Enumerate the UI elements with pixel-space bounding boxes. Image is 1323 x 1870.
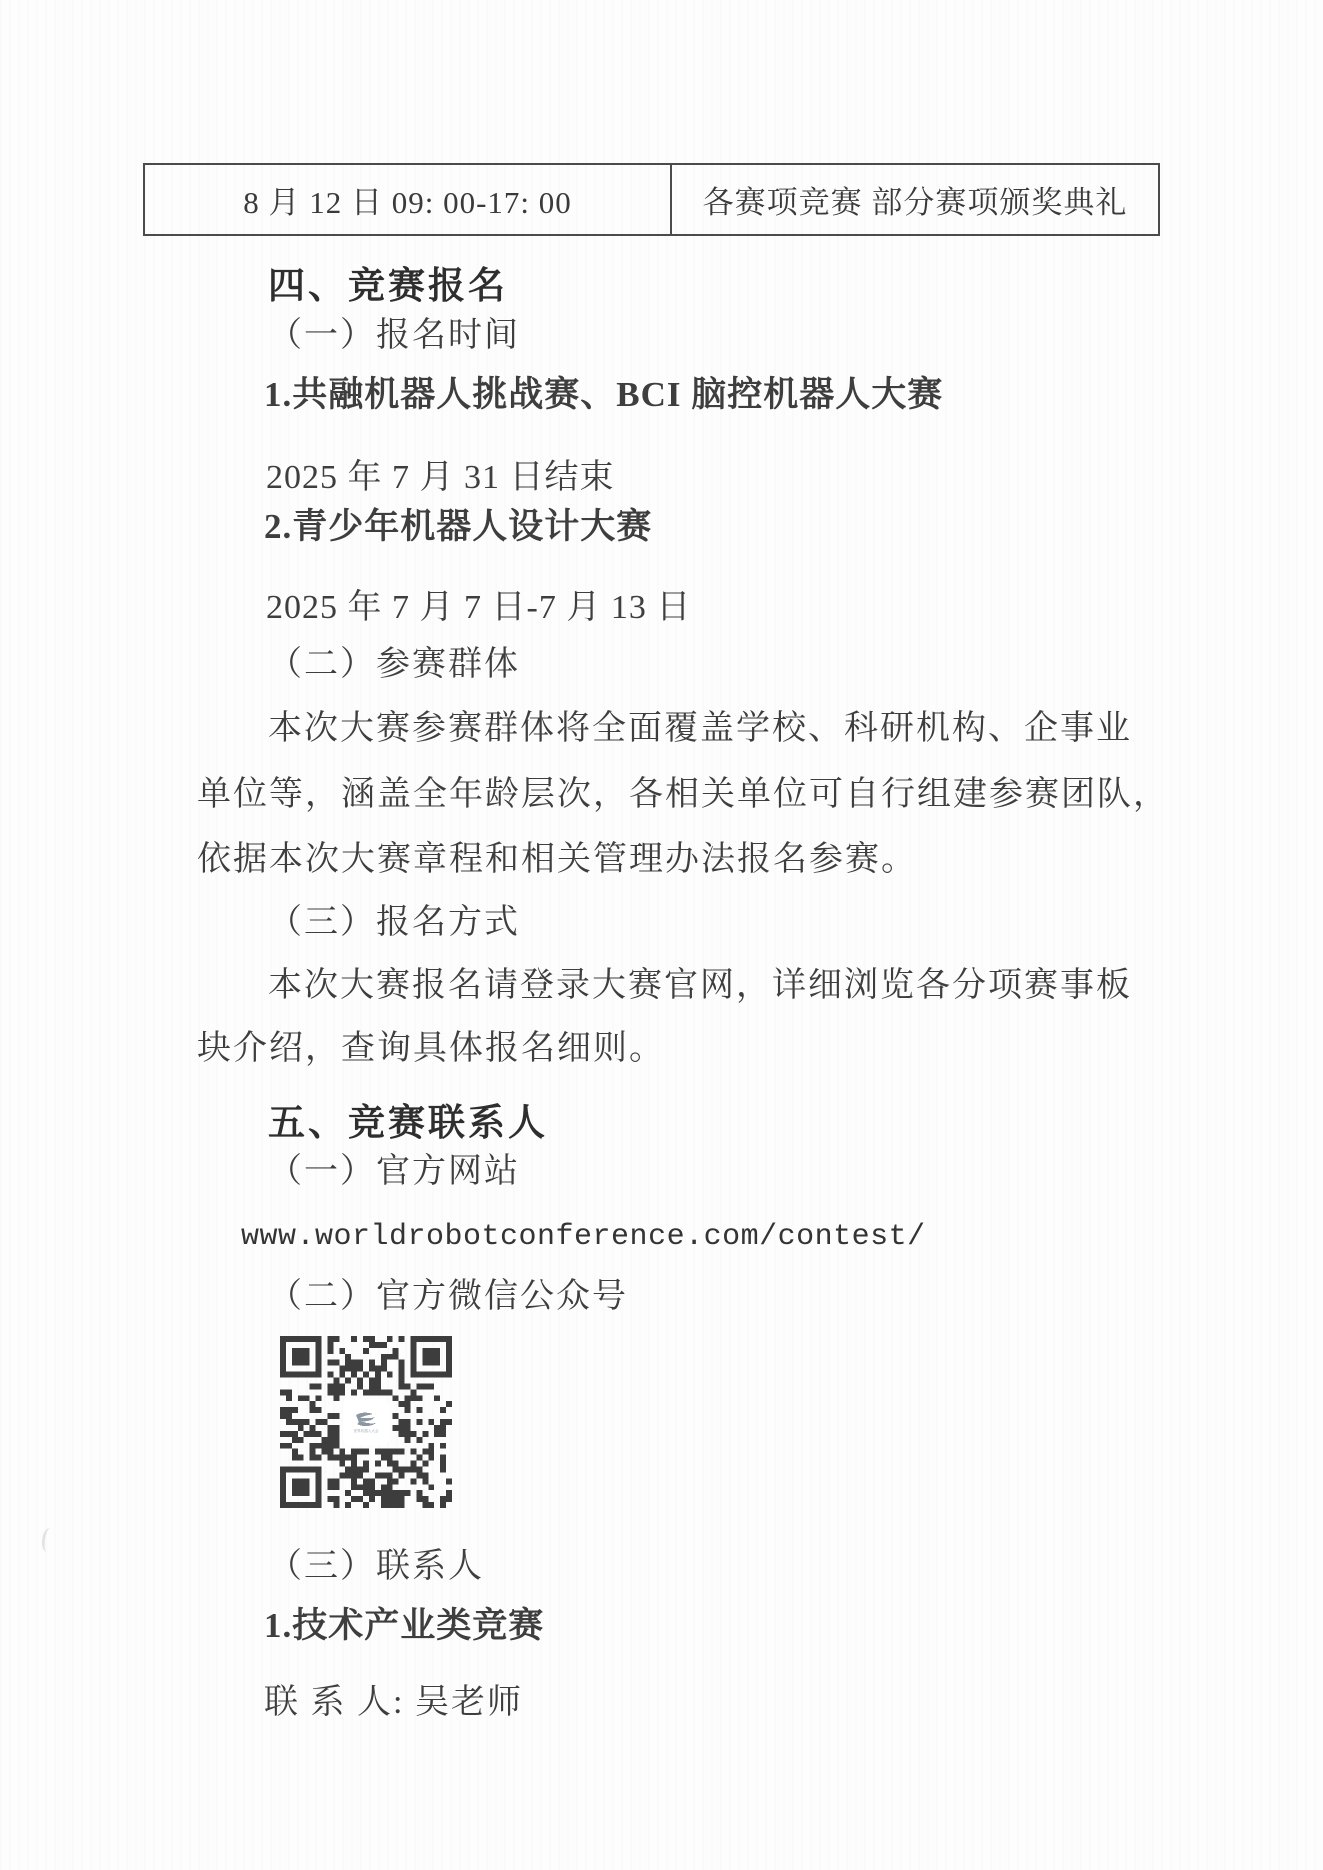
official-website-url: www.worldrobotconference.com/contest/	[241, 1220, 926, 1254]
paragraph-registration-line2: 块介绍，查询具体报名细则。	[197, 1032, 665, 1066]
paragraph-participants-line2: 单位等，涵盖全年龄层次，各相关单位可自行组建参赛团队，	[197, 778, 1169, 812]
contact-person-name: 联 系 人: 吴老师	[264, 1674, 523, 1723]
item-youth-robot-design-contest: 2.青少年机器人设计大赛	[264, 509, 652, 544]
subheading-participant-groups: （二）参赛群体	[268, 648, 520, 682]
section-heading-registration: 四、竞赛报名	[268, 255, 508, 309]
wechat-qr-code: 世界机器人大会	[280, 1336, 452, 1508]
subheading-official-website: （一）官方网站	[268, 1155, 520, 1189]
subheading-registration-time: （一）报名时间	[268, 319, 520, 353]
item-tech-industry-contest: 1.技术产业类竞赛	[264, 1608, 544, 1643]
scan-artifact	[40, 1527, 56, 1553]
paragraph-participants-line1: 本次大赛参赛群体将全面覆盖学校、科研机构、企事业	[268, 712, 1132, 746]
subheading-official-wechat: （二）官方微信公众号	[268, 1280, 628, 1314]
schedule-table: 8 月 12 日 09: 00-17: 00 各赛项竞赛 部分赛项颁奖典礼	[143, 163, 1160, 236]
qr-center-logo: 世界机器人大会	[343, 1399, 389, 1445]
item-challenge-bci-contest: 1.共融机器人挑战赛、BCI 脑控机器人大赛	[264, 377, 943, 412]
paragraph-registration-line1: 本次大赛报名请登录大赛官网，详细浏览各分项赛事板	[268, 969, 1132, 1003]
date-youth-contest-window: 2025 年 7 月 7 日-7 月 13 日	[266, 579, 691, 628]
section-heading-contacts: 五、竞赛联系人	[268, 1092, 548, 1146]
schedule-cell-event: 各赛项竞赛 部分赛项颁奖典礼	[672, 165, 1158, 234]
qr-logo-caption: 世界机器人大会	[353, 1429, 378, 1433]
schedule-cell-time: 8 月 12 日 09: 00-17: 00	[145, 165, 672, 234]
paragraph-participants-line3: 依据本次大赛章程和相关管理办法报名参赛。	[197, 843, 917, 877]
date-registration-end: 2025 年 7 月 31 日结束	[266, 449, 615, 498]
subheading-contact-person: （三）联系人	[268, 1550, 484, 1584]
wrc-logo-icon	[353, 1411, 379, 1429]
subheading-registration-method: （三）报名方式	[268, 906, 520, 940]
